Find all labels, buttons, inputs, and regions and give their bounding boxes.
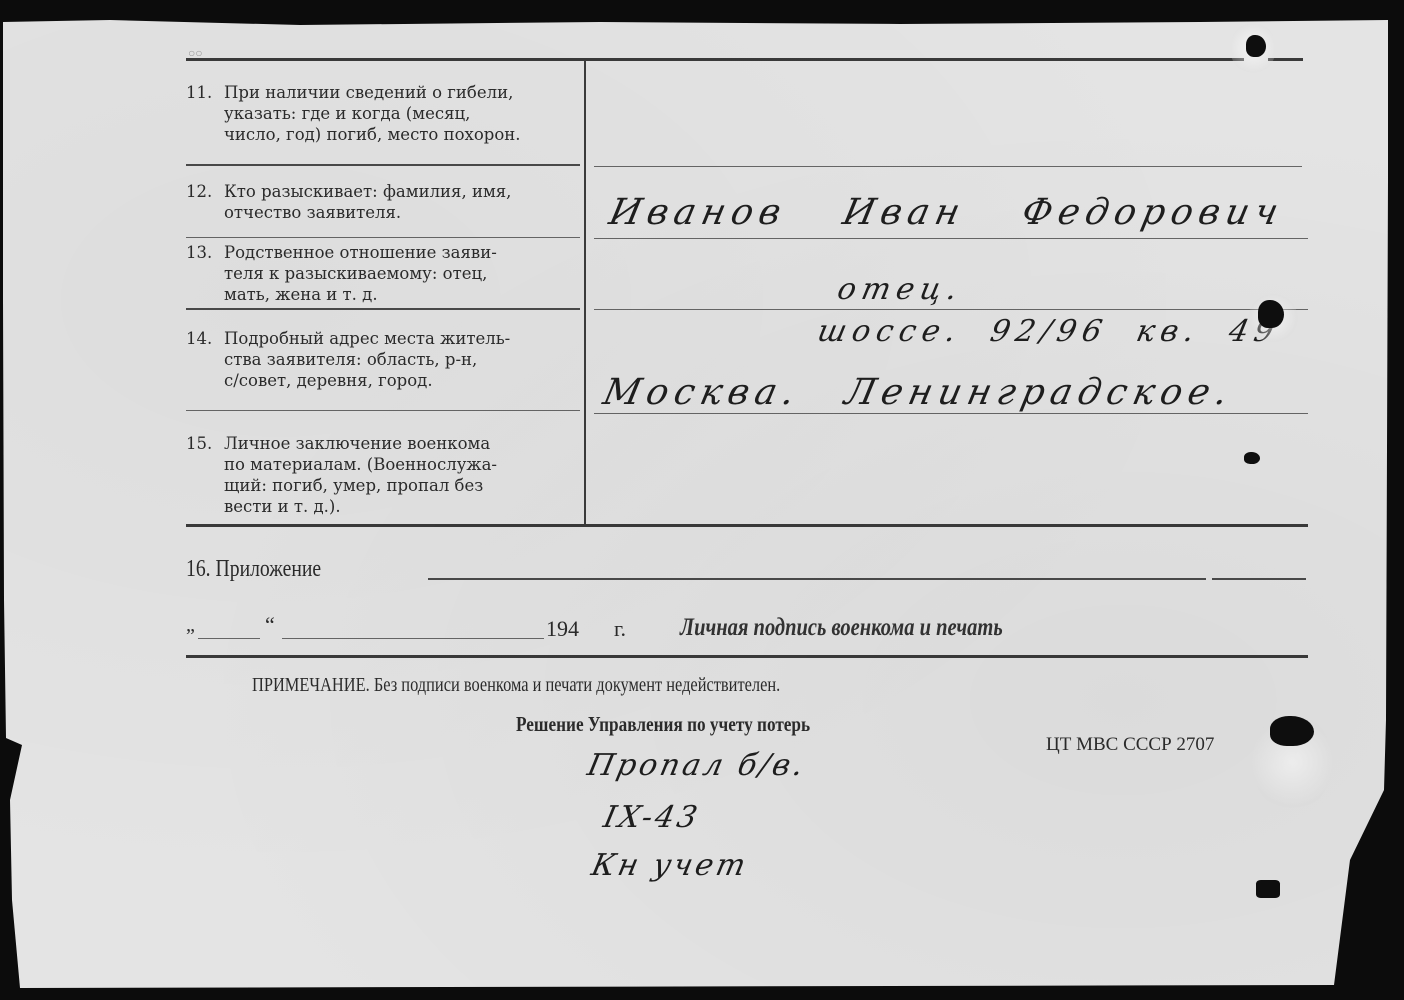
punch-hole <box>1244 452 1260 464</box>
row-12-line-1: Кто разыскивает: фамилия, имя, <box>224 182 511 201</box>
row-11-label: 11.При наличии сведений о гибели, указат… <box>186 82 576 145</box>
punch-hole <box>1270 716 1314 746</box>
row-11-line-3: число, год) погиб, место похорон. <box>186 124 576 145</box>
row-15-line-3: щий: погиб, умер, пропал без <box>186 475 576 496</box>
table-column-divider <box>584 60 586 526</box>
date-close-quote: “ <box>265 612 275 638</box>
row-13-value-line <box>594 309 1308 310</box>
document-page: ○○ 11.При наличии сведений о гибели, ука… <box>0 0 1404 1000</box>
row-14-line-3: с/совет, деревня, город. <box>186 370 576 391</box>
date-year-prefix: 194 <box>546 616 579 642</box>
date-open-quote: „ <box>186 614 195 637</box>
row-14-line-2: ства заявителя: область, р-н, <box>186 349 576 370</box>
decision-date-handwritten: IX-43 <box>600 800 703 835</box>
punch-hole <box>1246 35 1266 57</box>
table-top-border <box>186 58 1244 61</box>
signature-bottom-line <box>186 655 1308 658</box>
decision-heading: Решение Управления по учету потерь <box>516 712 810 737</box>
attachment-text: Приложение <box>216 556 322 582</box>
attachment-label: 16. Приложение <box>186 556 321 583</box>
row-12-value-line <box>594 238 1308 239</box>
address-line-2-handwritten: Москва. Ленинградское. <box>600 372 1238 413</box>
punch-hole <box>1258 300 1284 328</box>
row-12-line-2: отчество заявителя. <box>186 202 576 223</box>
row-12-label: 12.Кто разыскивает: фамилия, имя, отчест… <box>186 181 576 223</box>
date-month-line <box>282 638 544 639</box>
relation-handwritten: отец. <box>834 272 966 307</box>
row-12-bottom-border <box>186 237 580 238</box>
row-13-line-1: Родственное отношение заяви- <box>224 243 497 262</box>
punch-hole <box>1256 880 1280 898</box>
row-13-line-3: мать, жена и т. д. <box>186 284 576 305</box>
row-15-line-1: Личное заключение военкома <box>224 434 490 453</box>
date-day-line <box>198 638 260 639</box>
row-13-number: 13. <box>186 242 224 263</box>
row-14-number: 14. <box>186 328 224 349</box>
row-15-number: 15. <box>186 433 224 454</box>
address-line-1-handwritten: шоссе. 92/96 кв. 49 <box>814 314 1283 349</box>
row-14-bottom-border <box>186 410 580 411</box>
row-15-line-2: по материалам. (Военнослужа- <box>186 454 576 475</box>
row-13-label: 13.Родственное отношение заяви- теля к р… <box>186 242 576 305</box>
row-12-number: 12. <box>186 181 224 202</box>
row-11-line-1: При наличии сведений о гибели, <box>224 83 513 102</box>
decision-status-handwritten: Пропал б/в. <box>584 748 809 783</box>
attachment-number: 16. <box>186 556 211 582</box>
applicant-name-handwritten: Иванов Иван Федорович <box>606 192 1288 233</box>
row-11-value-line <box>594 166 1302 167</box>
signature-caption: Личная подпись военкома и печать <box>680 614 1003 642</box>
attachment-line-end <box>1212 578 1306 580</box>
printer-mark: ЦТ МВС СССР 2707 <box>1046 734 1214 756</box>
row-13-bottom-border <box>186 308 580 310</box>
date-year-suffix: г. <box>614 616 626 642</box>
row-14-value-line <box>594 413 1308 414</box>
row-11-bottom-border <box>186 164 580 166</box>
row-13-line-2: теля к разыскиваемому: отец, <box>186 263 576 284</box>
row-11-line-2: указать: где и когда (месяц, <box>186 103 576 124</box>
attachment-line <box>428 578 1206 580</box>
row-15-line-4: вести и т. д.). <box>186 496 576 517</box>
row-15-label: 15.Личное заключение военкома по материа… <box>186 433 576 517</box>
row-11-number: 11. <box>186 82 224 103</box>
decision-note-handwritten: Кн учет <box>588 848 751 883</box>
row-14-line-1: Подробный адрес места житель- <box>224 329 510 348</box>
row-14-label: 14.Подробный адрес места житель- ства за… <box>186 328 576 391</box>
note-text: ПРИМЕЧАНИЕ. Без подписи военкома и печат… <box>252 674 780 697</box>
table-bottom-border <box>186 524 1308 527</box>
